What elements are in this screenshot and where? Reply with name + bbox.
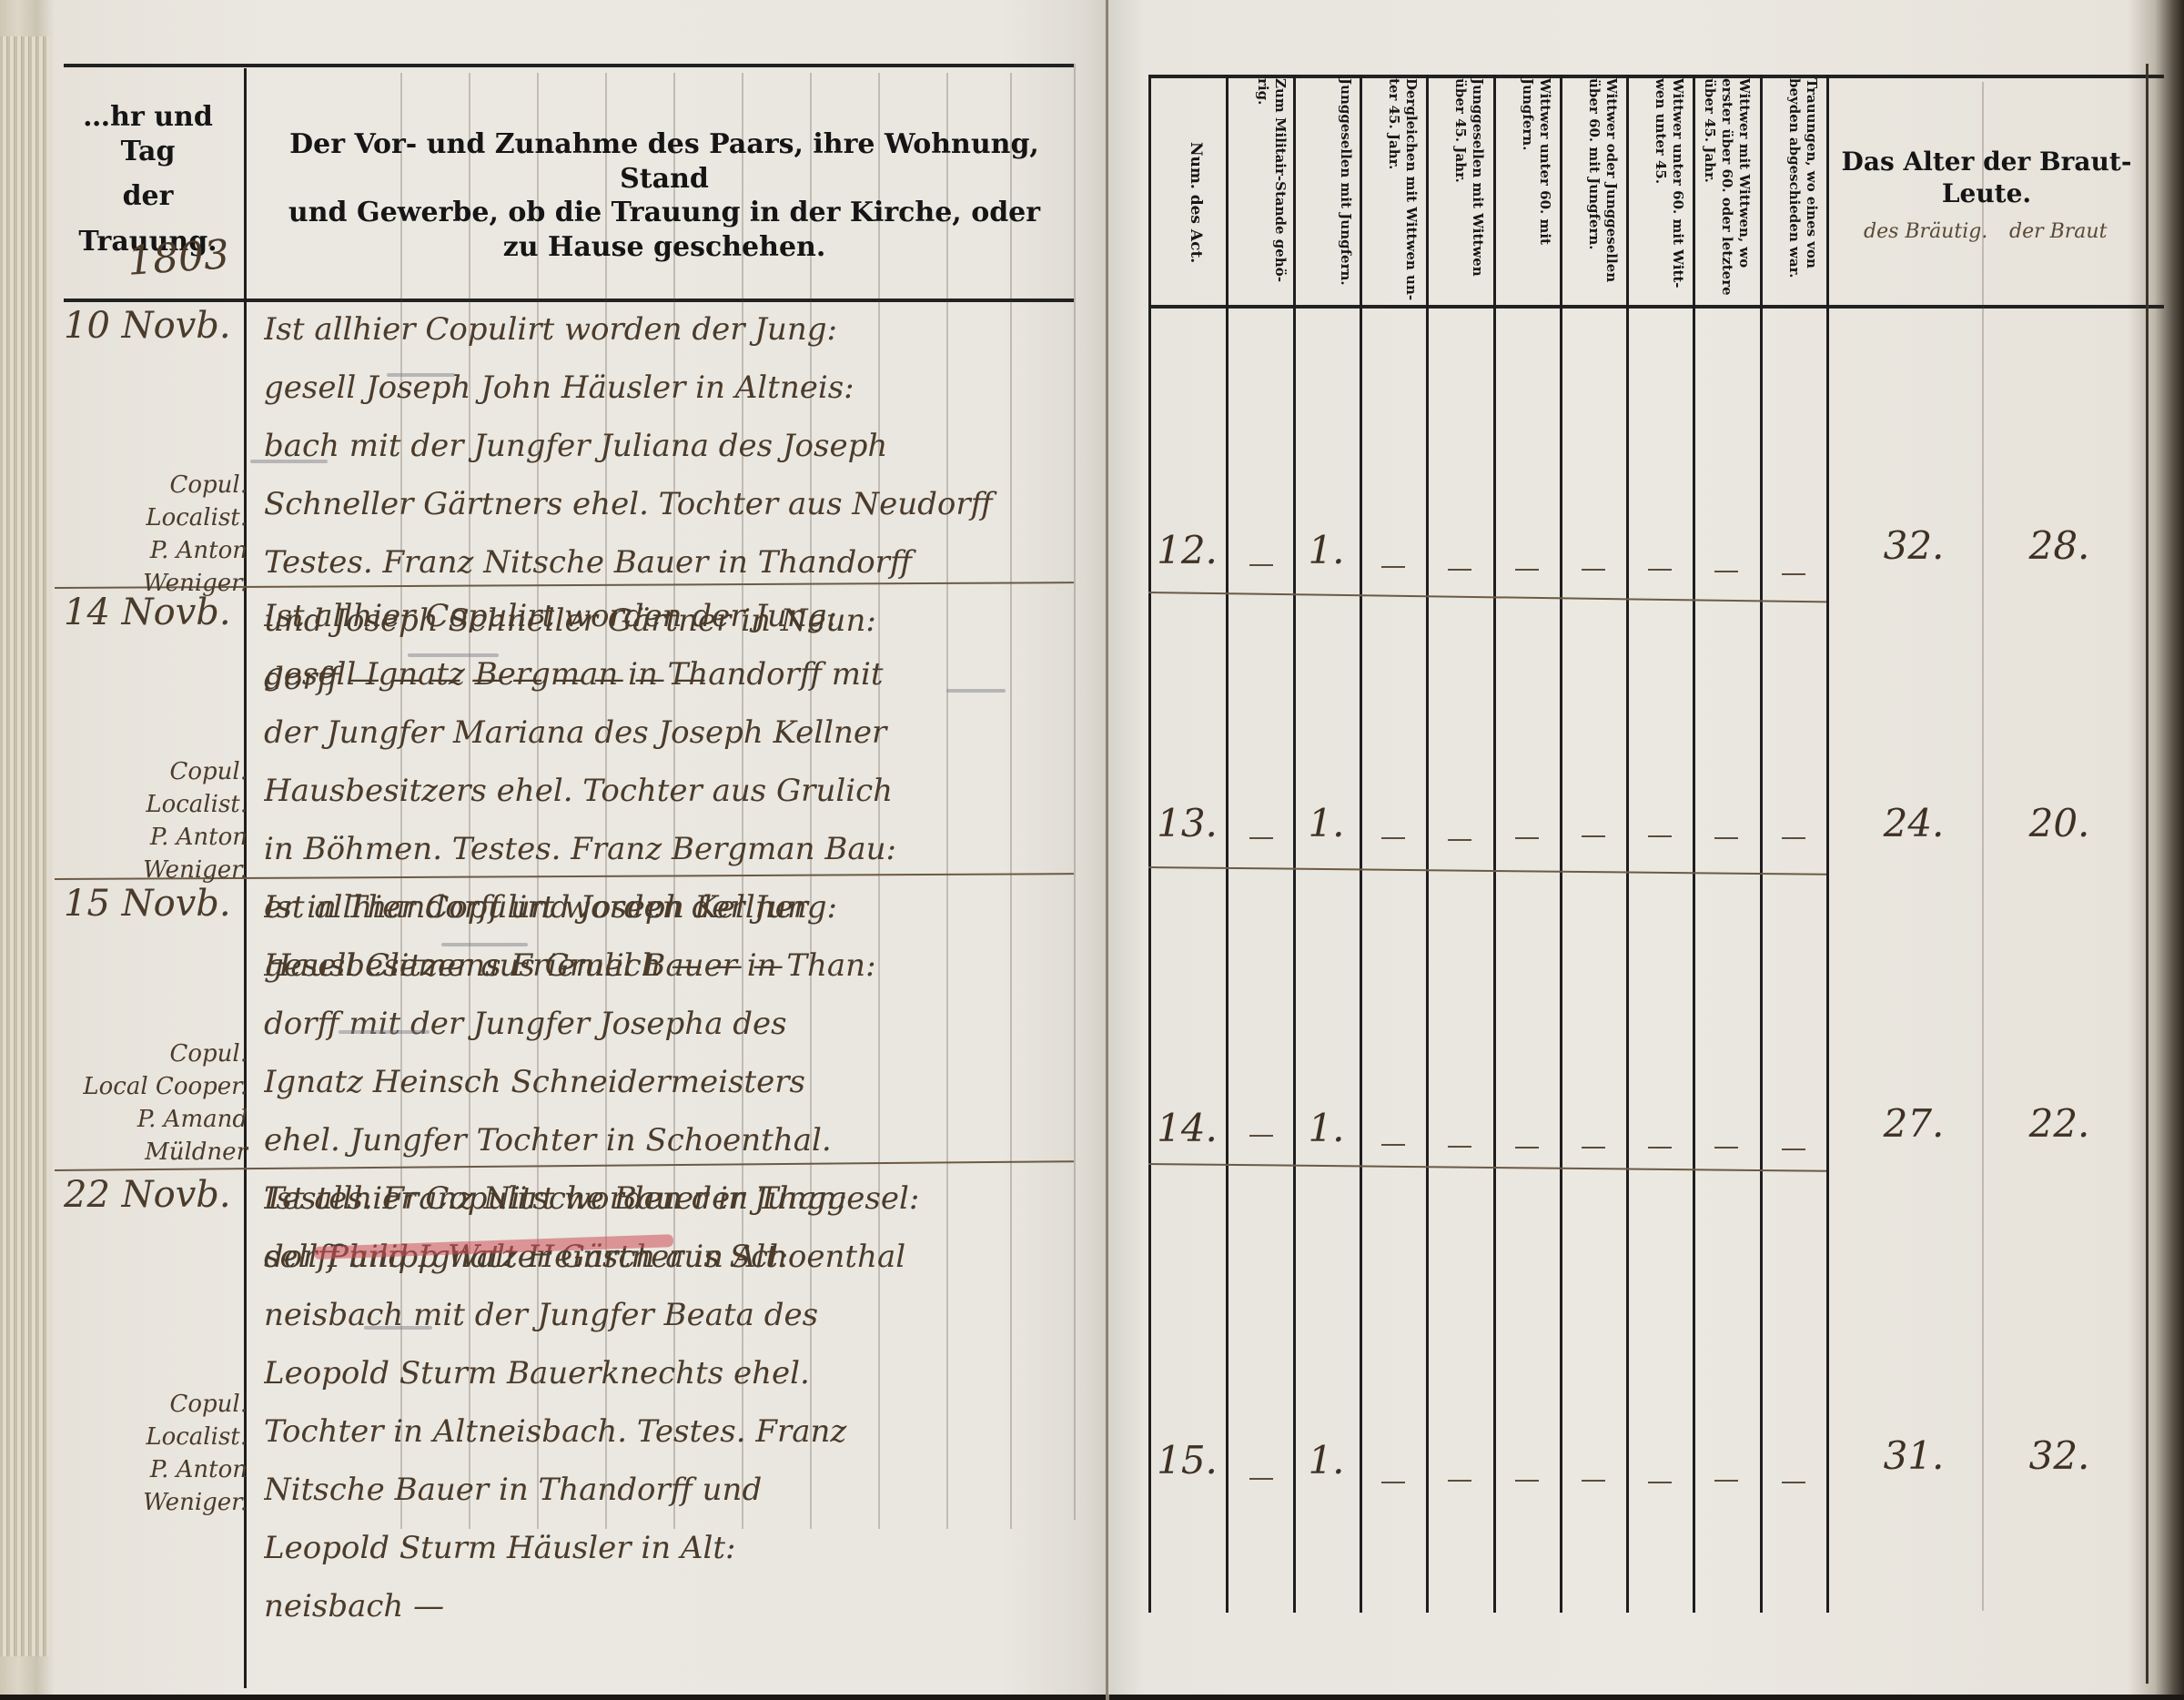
column-divider	[1760, 75, 1763, 1613]
empty-mark	[1782, 1482, 1805, 1483]
entry-line: Nitsche Bauer in Thandorff und	[264, 1461, 1083, 1519]
empty-mark	[1448, 1480, 1471, 1482]
entry-line: gesell Clemens Friemel Bauer in Than:	[264, 936, 1083, 995]
empty-mark	[1714, 1480, 1738, 1482]
entry-officiant: Copul. Localist. P. Anton Weniger.	[75, 469, 248, 600]
entry-line: Tochter in Altneisbach. Testes. Franz	[264, 1402, 1083, 1461]
empty-mark	[1249, 564, 1273, 566]
bachelor-maiden-count: 1.	[1293, 528, 1360, 572]
empty-mark	[1515, 1147, 1539, 1149]
officiant-line: P. Anton	[75, 1453, 248, 1486]
age-groom: 24.	[1864, 801, 1964, 845]
empty-mark	[1648, 1147, 1672, 1149]
entry-line: dorff mit der Jungfer Josepha des	[264, 995, 1083, 1053]
entry-line: Ist allhier Copulirt worden der Jung:	[264, 300, 1083, 359]
empty-mark	[1648, 569, 1672, 571]
entry-line: in Böhmen. Testes. Franz Bergman Bau:	[264, 820, 1083, 878]
header-line: Der Vor- und Zunahme des Paars, ihre Woh…	[255, 127, 1074, 196]
age-bride: 28.	[2009, 523, 2109, 568]
empty-mark	[1582, 1480, 1605, 1482]
grey-pencil-underline	[250, 460, 328, 463]
empty-mark	[1782, 1149, 1805, 1150]
column-divider	[1826, 75, 1829, 1613]
header-widower-widow-over: Wittwer mit Wittwen, wo erster über 60. …	[1698, 71, 1753, 306]
column-divider	[1226, 75, 1228, 1613]
grey-pencil-underline	[946, 689, 1006, 693]
entry-text: Ist allhier Copulirt worden der Junggese…	[264, 1169, 1083, 1635]
empty-mark	[1714, 571, 1738, 572]
entry-line: Ist allhier Copulirt worden der Junggese…	[264, 1169, 1083, 1228]
column-divider	[1693, 75, 1695, 1613]
empty-mark	[1582, 835, 1605, 837]
bachelor-maiden-count: 1.	[1293, 801, 1360, 845]
bachelor-maiden-count: 1.	[1293, 1438, 1360, 1482]
age-groom: 27.	[1864, 1101, 1964, 1146]
header-line: zu Hause geschehen.	[255, 230, 1074, 265]
column-divider	[1493, 75, 1496, 1613]
entry-date: 22 Novb.	[64, 1174, 231, 1216]
empty-mark	[1249, 1135, 1273, 1137]
empty-mark	[1381, 1144, 1405, 1146]
entry-line: ehel. Jungfer Tochter in Schoenthal.	[264, 1111, 1083, 1169]
year-label: 1803	[126, 231, 230, 285]
empty-mark	[1515, 1480, 1539, 1482]
header-line: der	[55, 179, 241, 214]
entry-line: bach mit der Jungfer Juliana des Joseph	[264, 417, 1083, 475]
entry-line: Ist allhier Copulirt worden der Jung:	[264, 878, 1083, 936]
age-bride: 20.	[2009, 801, 2109, 845]
officiant-line: Local Cooper.	[75, 1070, 248, 1103]
grey-pencil-underline	[387, 373, 455, 377]
row-separator	[1148, 592, 1826, 602]
entry-line: gesell Ignatz Bergman in Thandorff mit	[264, 645, 1083, 703]
column-divider	[1626, 75, 1629, 1613]
bachelor-maiden-count: 1.	[1293, 1106, 1360, 1150]
empty-mark	[1381, 837, 1405, 839]
header-bachelor-maiden: Junggesellen mit Jungfern.	[1299, 71, 1354, 306]
column-divider	[1360, 75, 1362, 1613]
empty-mark	[1515, 569, 1539, 571]
entry-line: Schneller Gärtners ehel. Tochter aus Neu…	[264, 475, 1083, 533]
entry-line: neisbach mit der Jungfer Beata des	[264, 1286, 1083, 1344]
header-bachelor-widow-under45: Dergleichen mit Wittwen un-ter 45. Jahr.	[1365, 71, 1420, 306]
entry-officiant: Copul. Localist. P. Anton Weniger.	[75, 755, 248, 886]
age-sub-bride: der Braut	[2009, 218, 2107, 246]
officiant-line: Müldner	[75, 1136, 248, 1169]
header-bachelor-widow-over45: Junggesellen mit Wittwen über 45. Jahr.	[1431, 71, 1486, 306]
entry-line: Ist allhier Copulirt worden der Jung:	[264, 587, 1083, 645]
entry-line: Ignatz Heinsch Schneidermeisters	[264, 1053, 1083, 1111]
age-column-divider	[1982, 82, 1984, 1611]
officiant-line: Copul.	[75, 469, 248, 501]
age-bride: 22.	[2009, 1101, 2109, 1146]
empty-mark	[1448, 569, 1471, 571]
officiant-line: Localist.	[75, 501, 248, 534]
empty-mark	[1249, 837, 1273, 839]
right-page: Num. des Act. Zum Militair-Stande gehö-r…	[1108, 0, 2184, 1695]
act-number: 15.	[1148, 1438, 1226, 1482]
header-top-rule	[64, 64, 1074, 67]
officiant-line: P. Anton	[75, 821, 248, 854]
empty-mark	[1582, 1147, 1605, 1149]
row-separator	[1148, 866, 1826, 875]
entry-line: gesell Joseph John Häusler in Altneis:	[264, 359, 1083, 417]
names-column-header: Der Vor- und Zunahme des Paars, ihre Woh…	[255, 127, 1074, 264]
register-spread: …hr und Tag der Trauung. 1803 Der Vor- u…	[0, 0, 2184, 1700]
empty-mark	[1448, 839, 1471, 841]
entry-officiant: Copul. Local Cooper. P. Amand Müldner	[75, 1037, 248, 1169]
age-header: Das Alter der Braut-Leute.	[1836, 146, 2137, 209]
entry-date: 15 Novb.	[64, 883, 231, 925]
empty-mark	[1714, 837, 1738, 839]
officiant-line: Localist.	[75, 1421, 248, 1453]
age-groom: 32.	[1864, 523, 1964, 568]
entry-line: Leopold Sturm Häusler in Alt:	[264, 1519, 1083, 1577]
empty-mark	[1381, 1482, 1405, 1483]
officiant-line: P. Anton	[75, 534, 248, 567]
grey-pencil-underline	[339, 1030, 430, 1034]
entry-line: Hausbesitzers ehel. Tochter aus Grulich	[264, 762, 1083, 820]
empty-mark	[1582, 569, 1605, 571]
header-num: Num. des Act.	[1168, 82, 1204, 317]
empty-mark	[1448, 1146, 1471, 1148]
officiant-line: Weniger.	[75, 1486, 248, 1519]
entry-line: neisbach —	[264, 1577, 1083, 1635]
empty-mark	[1782, 573, 1805, 575]
header-line: und Gewerbe, ob die Trauung in der Kirch…	[255, 196, 1074, 230]
header-widower-widow-under: Wittwer unter 60. mit Witt-wen unter 45.	[1632, 71, 1686, 306]
entry-line: Leopold Sturm Bauerknechts ehel.	[264, 1344, 1083, 1402]
empty-mark	[1381, 566, 1405, 568]
act-number: 13.	[1148, 801, 1226, 845]
empty-mark	[1648, 1482, 1672, 1483]
officiant-line: Copul.	[75, 755, 248, 788]
header-line: …hr und Tag	[55, 100, 241, 168]
entry-date: 10 Novb.	[64, 305, 231, 347]
header-military: Zum Militair-Stande gehö-rig.	[1234, 71, 1289, 306]
page-edge-rule	[2146, 64, 2149, 1684]
age-bride: 32.	[2009, 1433, 2109, 1478]
age-groom: 31.	[1864, 1433, 1964, 1478]
left-page: …hr und Tag der Trauung. 1803 Der Vor- u…	[0, 0, 1108, 1695]
empty-mark	[1648, 835, 1672, 837]
grey-pencil-underline	[364, 1326, 432, 1330]
empty-mark	[1714, 1147, 1738, 1149]
officiant-line: P. Amand	[75, 1103, 248, 1136]
row-separator	[1148, 1163, 1826, 1172]
column-divider	[1560, 75, 1562, 1613]
act-number: 14.	[1148, 1106, 1226, 1150]
officiant-line: Localist.	[75, 788, 248, 821]
act-number: 12.	[1148, 528, 1226, 572]
officiant-line: Weniger.	[75, 854, 248, 886]
entry-line: Testes. Franz Nitsche Bauer in Thandorff	[264, 533, 1083, 592]
empty-mark	[1249, 1478, 1273, 1480]
header-widower-under60-maiden: Wittwer unter 60. mit Jungfern.	[1499, 71, 1553, 306]
officiant-line: Copul.	[75, 1037, 248, 1070]
page-edges	[0, 36, 50, 1656]
header-divorced: Trauungen, wo eines von beyden abgeschie…	[1765, 71, 1820, 306]
column-divider	[1426, 75, 1429, 1613]
entry-officiant: Copul. Localist. P. Anton Weniger.	[75, 1388, 248, 1519]
empty-mark	[1782, 837, 1805, 839]
entry-date: 14 Novb.	[64, 592, 231, 633]
entry-line: der Jungfer Mariana des Joseph Kellner	[264, 703, 1083, 762]
grey-pencil-underline	[408, 653, 499, 657]
empty-mark	[1515, 837, 1539, 839]
officiant-line: Copul.	[75, 1388, 248, 1421]
grey-pencil-underline	[441, 943, 528, 946]
header-widower-over60-maiden: Wittwer oder Junggesellen über 60. mit J…	[1565, 71, 1620, 306]
age-sub-groom: des Bräutig.	[1864, 218, 1987, 246]
